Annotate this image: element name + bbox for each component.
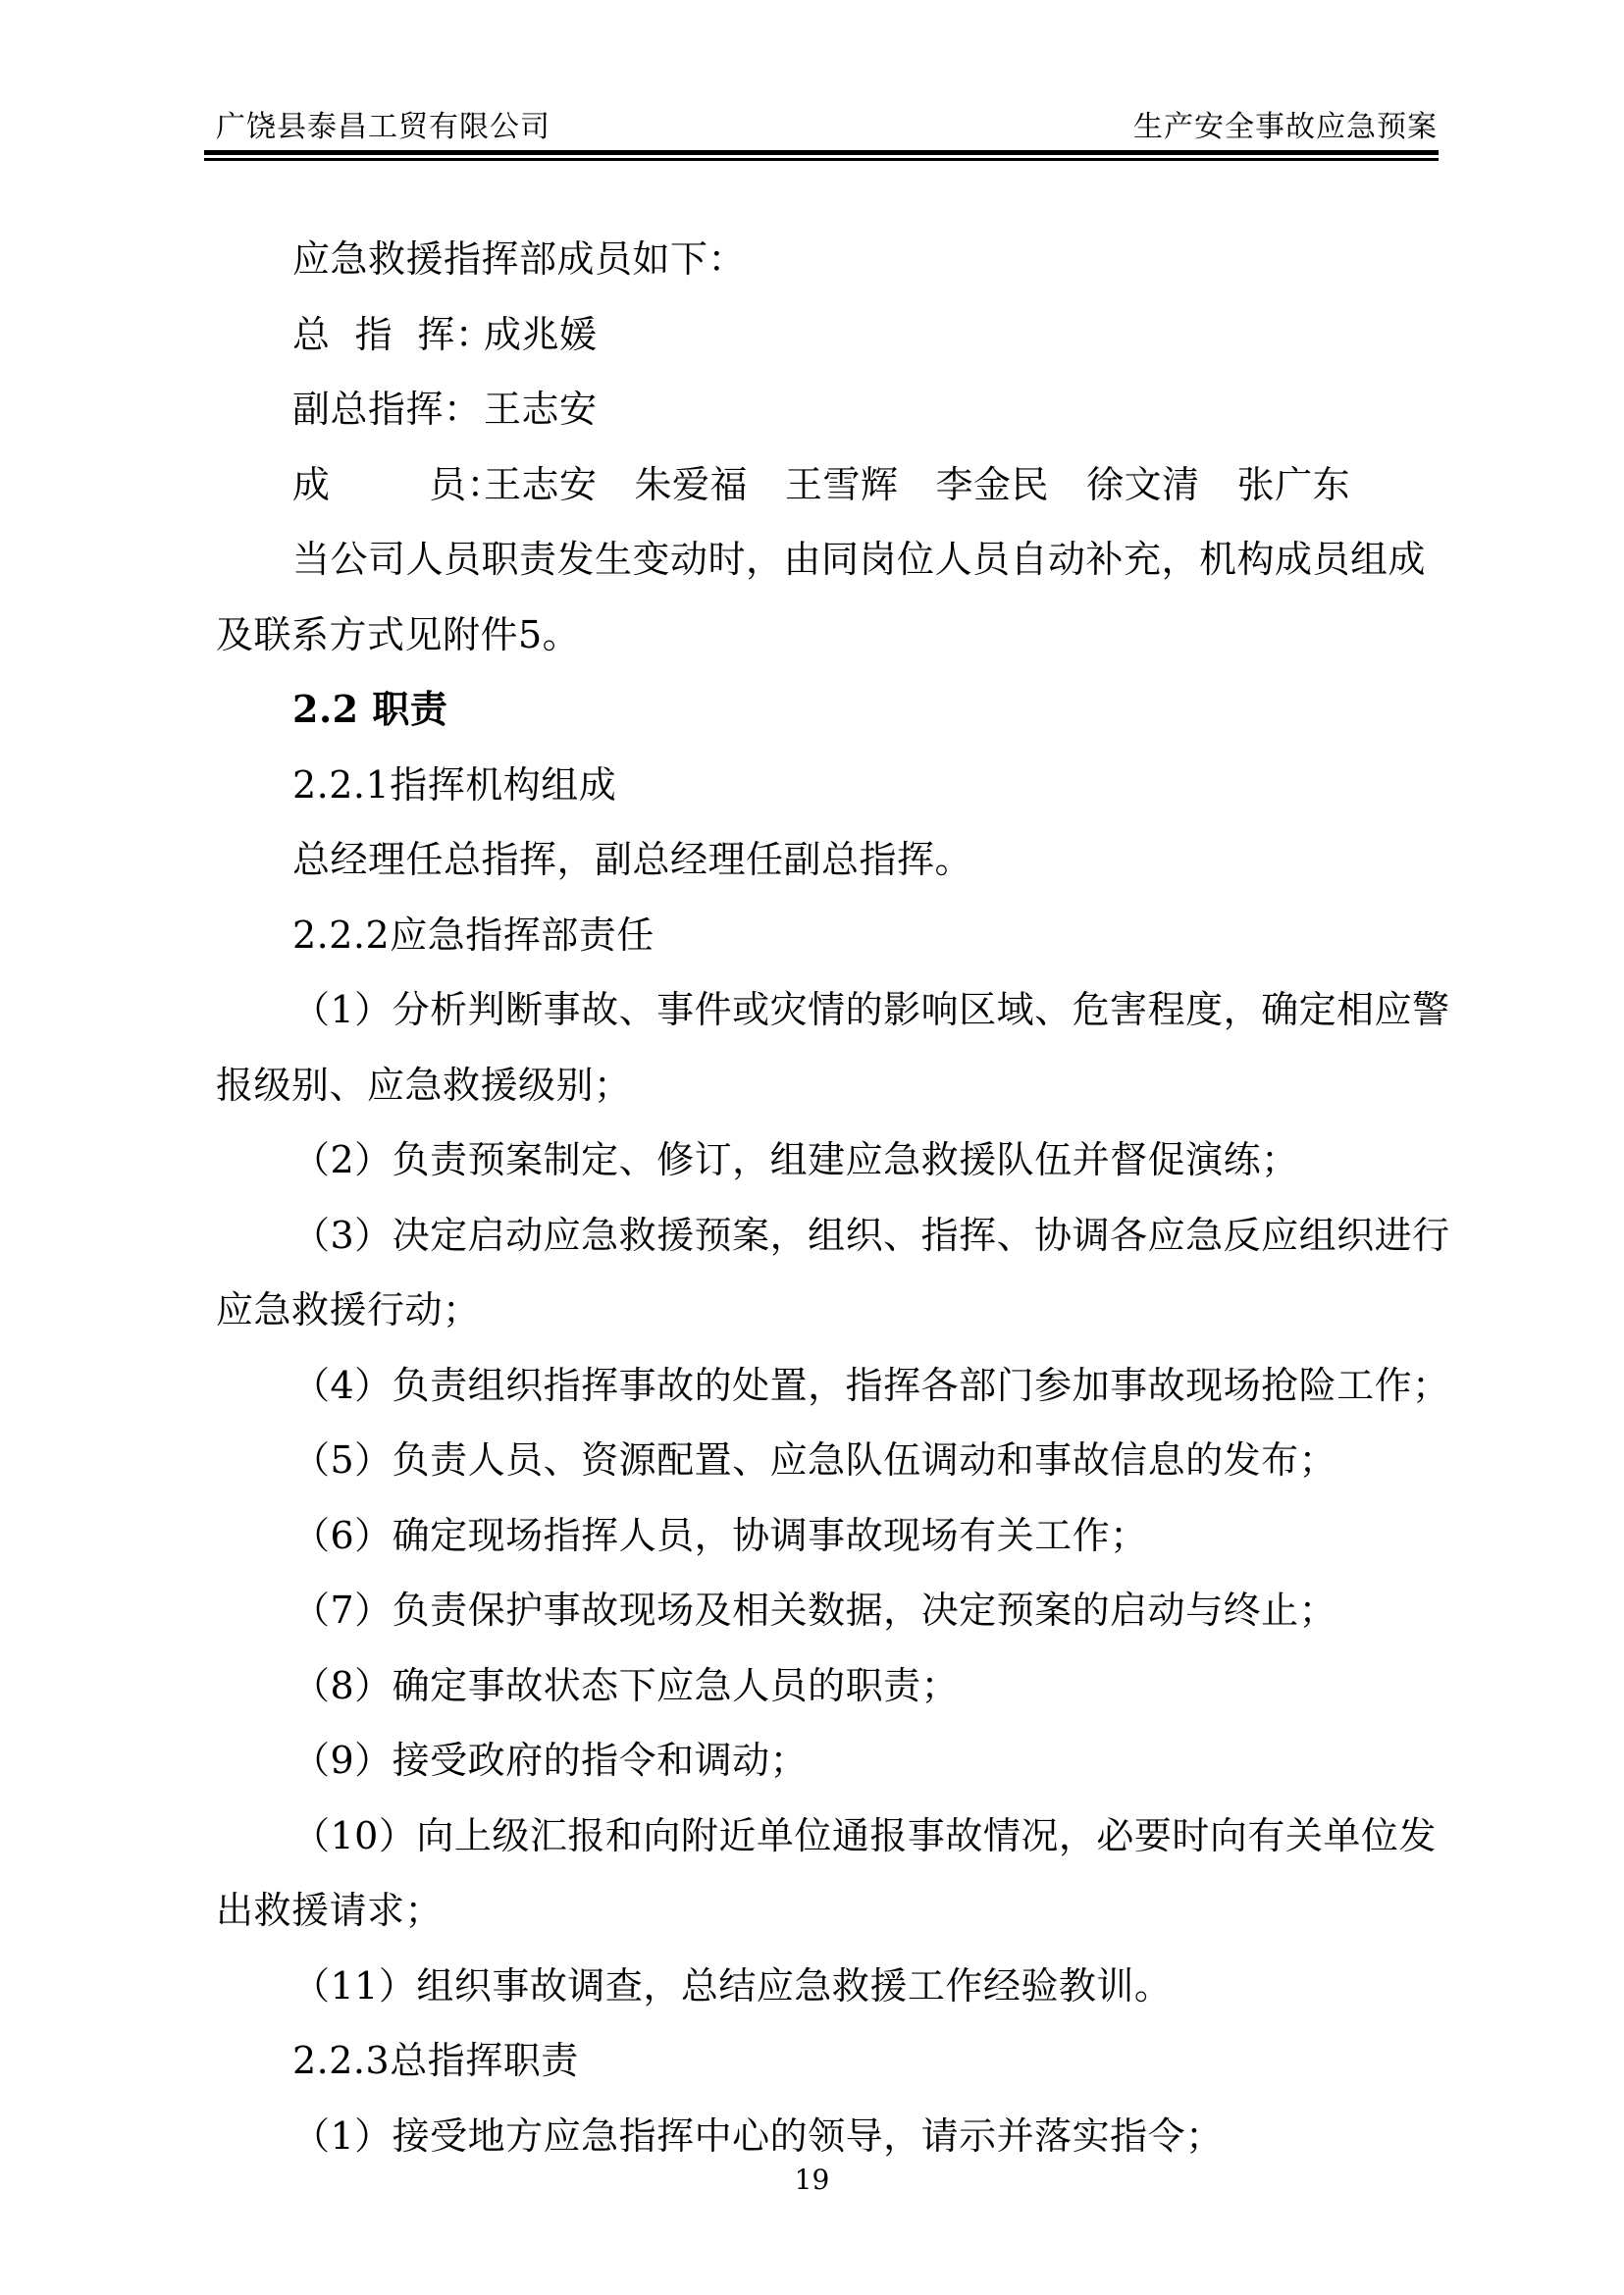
document-body: 应急救援指挥部成员如下： 总 指 挥：成兆媛 副总指挥：王志安 成 员：王志安朱…: [216, 222, 1442, 2173]
page-number: 19: [0, 2165, 1624, 2196]
members-label: 成 员：: [292, 447, 484, 523]
deputy-name: 王志安: [484, 388, 598, 431]
commander-label: 总 指 挥：: [292, 297, 484, 373]
change-note-line-1: 当公司人员职责发生变动时，由同岗位人员自动补充，机构成员组成: [216, 522, 1442, 598]
duty-item-3-line-2: 应急救援行动；: [216, 1273, 1442, 1348]
duty-item-6: （6）确定现场指挥人员，协调事故现场有关工作；: [216, 1498, 1442, 1574]
member-name: 徐文清: [1086, 447, 1200, 523]
commander-name: 成兆媛: [484, 313, 598, 356]
subsection-2-2-1-text: 总经理任总指挥，副总经理任副总指挥。: [216, 822, 1442, 898]
duty-item-3-line-1: （3）决定启动应急救援预案，组织、指挥、协调各应急反应组织进行: [216, 1198, 1442, 1274]
duty-item-8: （8）确定事故状态下应急人员的职责；: [216, 1648, 1442, 1724]
header-document-title: 生产安全事故应急预案: [1133, 110, 1438, 145]
duty-item-7: （7）负责保护事故现场及相关数据，决定预案的启动与终止；: [216, 1573, 1442, 1648]
commander-duty-item-1: （1）接受地方应急指挥中心的领导，请示并落实指令；: [216, 2099, 1442, 2174]
page-header: 广饶县泰昌工贸有限公司 生产安全事故应急预案: [216, 110, 1438, 149]
header-company-name: 广饶县泰昌工贸有限公司: [216, 110, 550, 145]
member-name: 王雪辉: [785, 447, 899, 523]
subsection-heading-2-2-3: 2.2.3总指挥职责: [216, 2023, 1442, 2099]
member-name: 李金民: [936, 447, 1050, 523]
header-rule-thick: [204, 150, 1439, 155]
roster-deputy: 副总指挥：王志安: [216, 372, 1442, 447]
duty-item-9: （9）接受政府的指令和调动；: [216, 1723, 1442, 1799]
subsection-heading-2-2-1: 2.2.1指挥机构组成: [216, 748, 1442, 823]
roster-commander: 总 指 挥：成兆媛: [216, 297, 1442, 373]
deputy-label: 副总指挥：: [292, 372, 484, 447]
member-name: 朱爱福: [635, 447, 749, 523]
header-rule-thin: [204, 158, 1439, 161]
change-note-line-2: 及联系方式见附件5。: [216, 598, 1442, 673]
member-name: 王志安: [484, 447, 598, 523]
duty-item-1-line-1: （1）分析判断事故、事件或灾情的影响区域、危害程度，确定相应警: [216, 972, 1442, 1048]
roster-members: 成 员：王志安朱爱福王雪辉李金民徐文清张广东: [216, 447, 1442, 523]
subsection-heading-2-2-2: 2.2.2应急指挥部责任: [216, 898, 1442, 973]
duty-item-5: （5）负责人员、资源配置、应急队伍调动和事故信息的发布；: [216, 1423, 1442, 1498]
roster-intro: 应急救援指挥部成员如下：: [216, 222, 1442, 297]
duty-item-2: （2）负责预案制定、修订，组建应急救援队伍并督促演练；: [216, 1122, 1442, 1198]
member-name: 张广东: [1237, 447, 1351, 523]
section-heading-2-2: 2.2 职责: [216, 672, 1442, 748]
duty-item-10-line-2: 出救援请求；: [216, 1873, 1442, 1949]
duty-item-11: （11）组织事故调查，总结应急救援工作经验教训。: [216, 1949, 1442, 2024]
duty-item-10-line-1: （10）向上级汇报和向附近单位通报事故情况，必要时向有关单位发: [216, 1799, 1442, 1874]
duty-item-1-line-2: 报级别、应急救援级别；: [216, 1048, 1442, 1123]
duty-item-4: （4）负责组织指挥事故的处置，指挥各部门参加事故现场抢险工作；: [216, 1348, 1442, 1424]
